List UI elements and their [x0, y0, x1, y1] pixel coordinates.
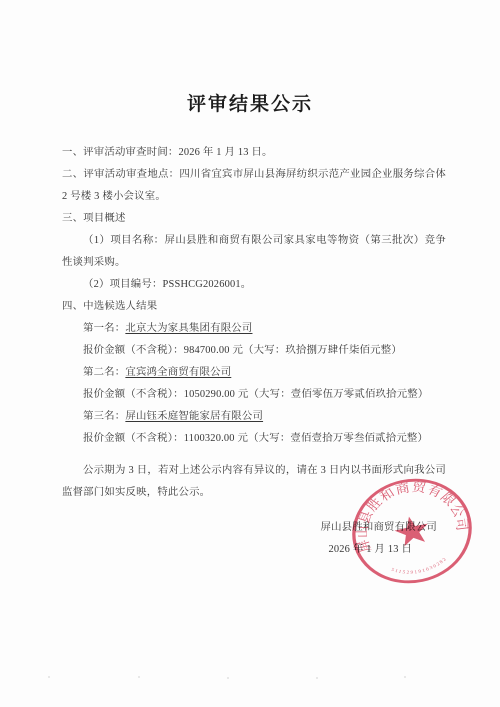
candidate-company-2: 宜宾鸿全商贸有限公司 — [125, 367, 231, 378]
document-body: 一、评审活动审查时间：2026 年 1 月 13 日。 二、评审活动审查地点：四… — [0, 116, 500, 561]
candidate-company-1: 北京大为家具集团有限公司 — [125, 323, 252, 334]
scan-speck — [48, 676, 50, 678]
closing-paragraph: 公示期为 3 日，若对上述公示内容有异议的，请在 3 日内以书面形式向我公司监督… — [62, 460, 446, 504]
candidate-price-1: 报价金额（不含税）：984700.00 元（大写：玖拾捌万肆仟柒佰元整） — [62, 340, 446, 362]
review-time-line: 一、评审活动审查时间：2026 年 1 月 13 日。 — [62, 142, 446, 164]
review-location-line: 二、评审活动审查地点：四川省宜宾市屏山县海屏纺织示范产业园企业服务综合体 2 号… — [62, 164, 446, 208]
signature-company: 屏山县胜和商贸有限公司 — [62, 517, 437, 539]
page-title: 评审结果公示 — [0, 93, 500, 116]
candidate-rank-3: 第三名：屏山钰禾庭智能家居有限公司 — [62, 406, 446, 428]
rank-label: 第三名： — [83, 411, 125, 422]
candidate-company-3: 屏山钰禾庭智能家居有限公司 — [125, 411, 263, 422]
scan-speck — [316, 677, 318, 679]
project-number-line: （2）项目编号：PSSHCG2026001。 — [62, 274, 446, 296]
document-page: 评审结果公示 一、评审活动审查时间：2026 年 1 月 13 日。 二、评审活… — [0, 0, 500, 707]
project-name-line: （1）项目名称：屏山县胜和商贸有限公司家具家电等物资（第三批次）竞争性谈判采购。 — [62, 230, 446, 274]
signature-block: 屏山县胜和商贸有限公司 2026 年 1 月 13 日 — [62, 517, 446, 561]
rank-label: 第二名： — [83, 367, 125, 378]
signature-date: 2026 年 1 月 13 日 — [62, 539, 412, 561]
scan-speck — [404, 676, 406, 678]
candidates-heading: 四、中选候选人结果 — [62, 296, 446, 318]
candidate-price-2: 报价金额（不含税）：1050290.00 元（大写：壹佰零伍万零贰佰玖拾元整） — [62, 384, 446, 406]
scan-speck — [138, 676, 140, 678]
candidate-price-3: 报价金额（不含税）：1100320.00 元（大写：壹佰壹拾万零叁佰贰拾元整） — [62, 428, 446, 450]
candidate-rank-1: 第一名：北京大为家具集团有限公司 — [62, 318, 446, 340]
overview-heading: 三、项目概述 — [62, 208, 446, 230]
scan-speck — [227, 677, 229, 679]
candidate-rank-2: 第二名：宜宾鸿全商贸有限公司 — [62, 362, 446, 384]
rank-label: 第一名： — [83, 323, 125, 334]
